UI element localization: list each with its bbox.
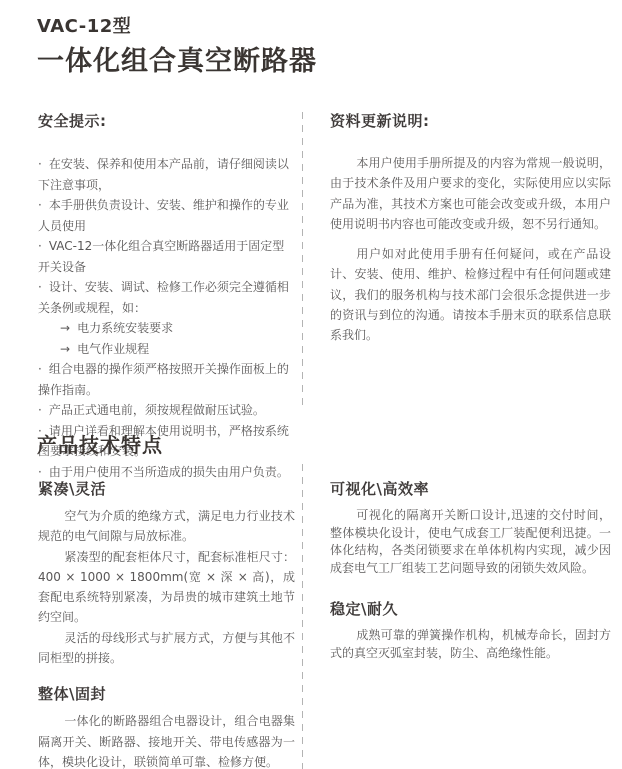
- bullet-marker: ·: [38, 198, 42, 212]
- safety-list-item: →电力系统安装要求: [38, 318, 296, 339]
- update-note-section: 资料更新说明: 本用户使用手册所提及的内容为常规一般说明，由于技术条件及用户要求…: [330, 110, 611, 356]
- features-right-column: 可视化\高效率 可视化的隔离开关断口设计,迅速的交付时间，整体模块化设计，使电气…: [330, 478, 611, 662]
- page-title: 一体化组合真空断路器: [37, 39, 317, 78]
- safety-list-item: ·产品正式通电前，须按规程做耐压试验。: [38, 400, 296, 421]
- safety-item-text: 电气作业规程: [77, 342, 149, 356]
- model-label: VAC-12型: [37, 12, 317, 38]
- safety-list-item: ·VAC-12一体化组合真空断路器适用于固定型开关设备: [38, 236, 296, 277]
- safety-list-item: ·组合电器的操作须严格按照开关操作面板上的操作指南。: [38, 359, 296, 400]
- feature-sealed-title: 整体\固封: [38, 683, 295, 704]
- safety-item-text: 本手册供负责设计、安装、维护和操作的专业人员使用: [38, 198, 289, 233]
- bullet-marker: →: [60, 342, 70, 356]
- features-left-column: 紧凑\灵活 空气为介质的绝缘方式，满足电力行业技术规范的电气间隙与局放标准。 紧…: [38, 478, 295, 769]
- feature-visual-title: 可视化\高效率: [330, 478, 611, 499]
- safety-item-text: VAC-12一体化组合真空断路器适用于固定型开关设备: [38, 239, 284, 274]
- feature-visual-paragraph: 可视化的隔离开关断口设计,迅速的交付时间，整体模块化设计，使电气成套工厂装配便利…: [330, 507, 611, 578]
- bullet-marker: ·: [38, 157, 42, 171]
- feature-compact-paragraph: 空气为介质的绝缘方式，满足电力行业技术规范的电气间隙与局放标准。: [38, 506, 295, 547]
- update-note-heading: 资料更新说明:: [330, 110, 611, 131]
- safety-item-text: 产品正式通电前，须按规程做耐压试验。: [49, 403, 265, 417]
- safety-list-item: →电气作业规程: [38, 339, 296, 360]
- document-header: VAC-12型 一体化组合真空断路器: [37, 12, 317, 78]
- safety-list-item: ·在安装、保养和使用本产品前，请仔细阅读以下注意事项，: [38, 154, 296, 195]
- safety-item-text: 由于用户使用不当所造成的损失由用户负责。: [49, 465, 289, 479]
- bullet-marker: ·: [38, 362, 42, 376]
- column-divider-top: [302, 112, 303, 409]
- update-note-paragraph: 用户如对此使用手册有任何疑问，或在产品设计、安装、使用、维护、检修过程中有任何问…: [330, 244, 611, 345]
- feature-sealed-paragraph: 一体化的断路器组合电器设计，组合电器集隔离开关、断路器、接地开关、带电传感器为一…: [38, 711, 295, 769]
- features-heading: 产品技术特点: [37, 429, 163, 458]
- bullet-marker: ·: [38, 403, 42, 417]
- safety-list-item: ·设计、安装、调试、检修工作必须完全遵循相关条例或规程，如：: [38, 277, 296, 318]
- document-page: VAC-12型 一体化组合真空断路器 安全提示: ·在安装、保养和使用本产品前，…: [0, 0, 622, 769]
- safety-item-text: 组合电器的操作须严格按照开关操作面板上的操作指南。: [38, 362, 289, 397]
- safety-item-text: 电力系统安装要求: [77, 321, 173, 335]
- update-note-paragraph: 本用户使用手册所提及的内容为常规一般说明，由于技术条件及用户要求的变化，实际使用…: [330, 153, 611, 234]
- feature-stable-title: 稳定\耐久: [330, 598, 611, 619]
- safety-list-item: ·本手册供负责设计、安装、维护和操作的专业人员使用: [38, 195, 296, 236]
- safety-section: 安全提示: ·在安装、保养和使用本产品前，请仔细阅读以下注意事项， ·本手册供负…: [38, 110, 296, 482]
- feature-compact-title: 紧凑\灵活: [38, 478, 295, 499]
- feature-stable-paragraph: 成熟可靠的弹簧操作机构，机械寿命长，固封方式的真空灭弧室封装，防尘、高绝缘性能。: [330, 627, 611, 662]
- bullet-marker: →: [60, 321, 70, 335]
- update-note-body: 本用户使用手册所提及的内容为常规一般说明，由于技术条件及用户要求的变化，实际使用…: [330, 153, 611, 346]
- safety-heading: 安全提示:: [38, 110, 296, 131]
- column-divider-bottom: [302, 464, 303, 769]
- bullet-marker: ·: [38, 465, 42, 479]
- feature-compact-paragraph: 灵活的母线形式与扩展方式，方便与其他不同柜型的拼接。: [38, 628, 295, 669]
- bullet-marker: ·: [38, 280, 42, 294]
- bullet-marker: ·: [38, 239, 42, 253]
- safety-item-text: 在安装、保养和使用本产品前，请仔细阅读以下注意事项，: [38, 157, 289, 192]
- safety-item-text: 设计、安装、调试、检修工作必须完全遵循相关条例或规程，如：: [38, 280, 289, 315]
- feature-compact-paragraph: 紧凑型的配套柜体尺寸，配套标准柜尺寸：400 × 1000 × 1800mm(宽…: [38, 547, 295, 628]
